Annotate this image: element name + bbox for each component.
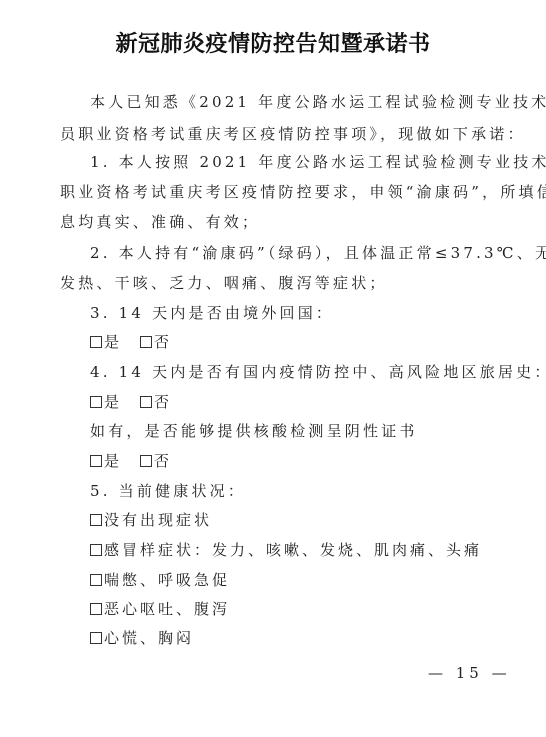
item1-line-3: 息均真实、准确、有效； xyxy=(60,212,260,232)
checkbox-icon[interactable] xyxy=(90,574,102,586)
item2-line-2: 发热、干咳、乏力、咽痛、腹泻等症状； xyxy=(60,273,388,293)
checkbox-icon[interactable] xyxy=(90,603,102,615)
item3-options: 是 否 xyxy=(90,332,190,352)
item5-option-breathing[interactable]: 喘憋、呼吸急促 xyxy=(90,570,230,590)
document-title: 新冠肺炎疫情防控告知暨承诺书 xyxy=(0,27,546,58)
item3-option-yes[interactable]: 是 xyxy=(90,332,122,352)
item3-question: 3. 14 天内是否由境外回国： xyxy=(90,303,334,323)
item1-line-1: 1. 本人按照 2021 年度公路水运工程试验检测专业技术人员 xyxy=(90,152,546,172)
item4-followup-option-yes[interactable]: 是 xyxy=(90,451,122,471)
item5-option-no-symptoms[interactable]: 没有出现症状 xyxy=(90,510,212,530)
checkbox-icon[interactable] xyxy=(140,455,152,467)
item4-followup: 如有，是否能够提供核酸检测呈阴性证书 xyxy=(90,421,418,441)
document-page: 新冠肺炎疫情防控告知暨承诺书 本人已知悉《2021 年度公路水运工程试验检测专业… xyxy=(0,0,546,737)
option-label: 是 xyxy=(104,392,122,412)
option-label: 是 xyxy=(104,332,122,352)
checkbox-icon[interactable] xyxy=(90,544,102,556)
checkbox-icon[interactable] xyxy=(90,396,102,408)
item4-option-no[interactable]: 否 xyxy=(140,392,172,412)
option-label: 否 xyxy=(154,332,172,352)
checkbox-icon[interactable] xyxy=(90,455,102,467)
intro-line-2: 员职业资格考试重庆考区疫情防控事项》，现做如下承诺： xyxy=(60,124,526,144)
option-label: 否 xyxy=(154,392,172,412)
item4-followup-options: 是 否 xyxy=(90,451,190,471)
item5-option-nausea[interactable]: 恶心呕吐、腹泻 xyxy=(90,599,230,619)
option-label: 没有出现症状 xyxy=(104,510,212,530)
item4-followup-option-no[interactable]: 否 xyxy=(140,451,172,471)
item5-question: 5. 当前健康状况： xyxy=(90,481,246,501)
page-number: — 15 — xyxy=(428,664,511,682)
intro-line-1: 本人已知悉《2021 年度公路水运工程试验检测专业技术人 xyxy=(90,92,546,112)
checkbox-icon[interactable] xyxy=(90,336,102,348)
item3-option-no[interactable]: 否 xyxy=(140,332,172,352)
checkbox-icon[interactable] xyxy=(90,632,102,644)
option-label: 否 xyxy=(154,451,172,471)
option-label: 是 xyxy=(104,451,122,471)
option-label: 感冒样症状：发力、咳嗽、发烧、肌肉痛、头痛 xyxy=(104,540,482,560)
item2-line-1: 2. 本人持有“渝康码”（绿码），且体温正常≤37.3℃、无 xyxy=(90,243,546,263)
option-label: 恶心呕吐、腹泻 xyxy=(104,599,230,619)
item4-question: 4. 14 天内是否有国内疫情防控中、高风险地区旅居史： xyxy=(90,362,546,382)
item5-option-palpitation[interactable]: 心慌、胸闷 xyxy=(90,628,194,648)
checkbox-icon[interactable] xyxy=(140,396,152,408)
item4-options: 是 否 xyxy=(90,392,190,412)
checkbox-icon[interactable] xyxy=(140,336,152,348)
item1-line-2: 职业资格考试重庆考区疫情防控要求，申领“渝康码”，所填信 xyxy=(60,182,546,202)
option-label: 喘憋、呼吸急促 xyxy=(104,570,230,590)
checkbox-icon[interactable] xyxy=(90,514,102,526)
option-label: 心慌、胸闷 xyxy=(104,628,194,648)
item4-option-yes[interactable]: 是 xyxy=(90,392,122,412)
item5-option-cold-symptoms[interactable]: 感冒样症状：发力、咳嗽、发烧、肌肉痛、头痛 xyxy=(90,540,482,560)
